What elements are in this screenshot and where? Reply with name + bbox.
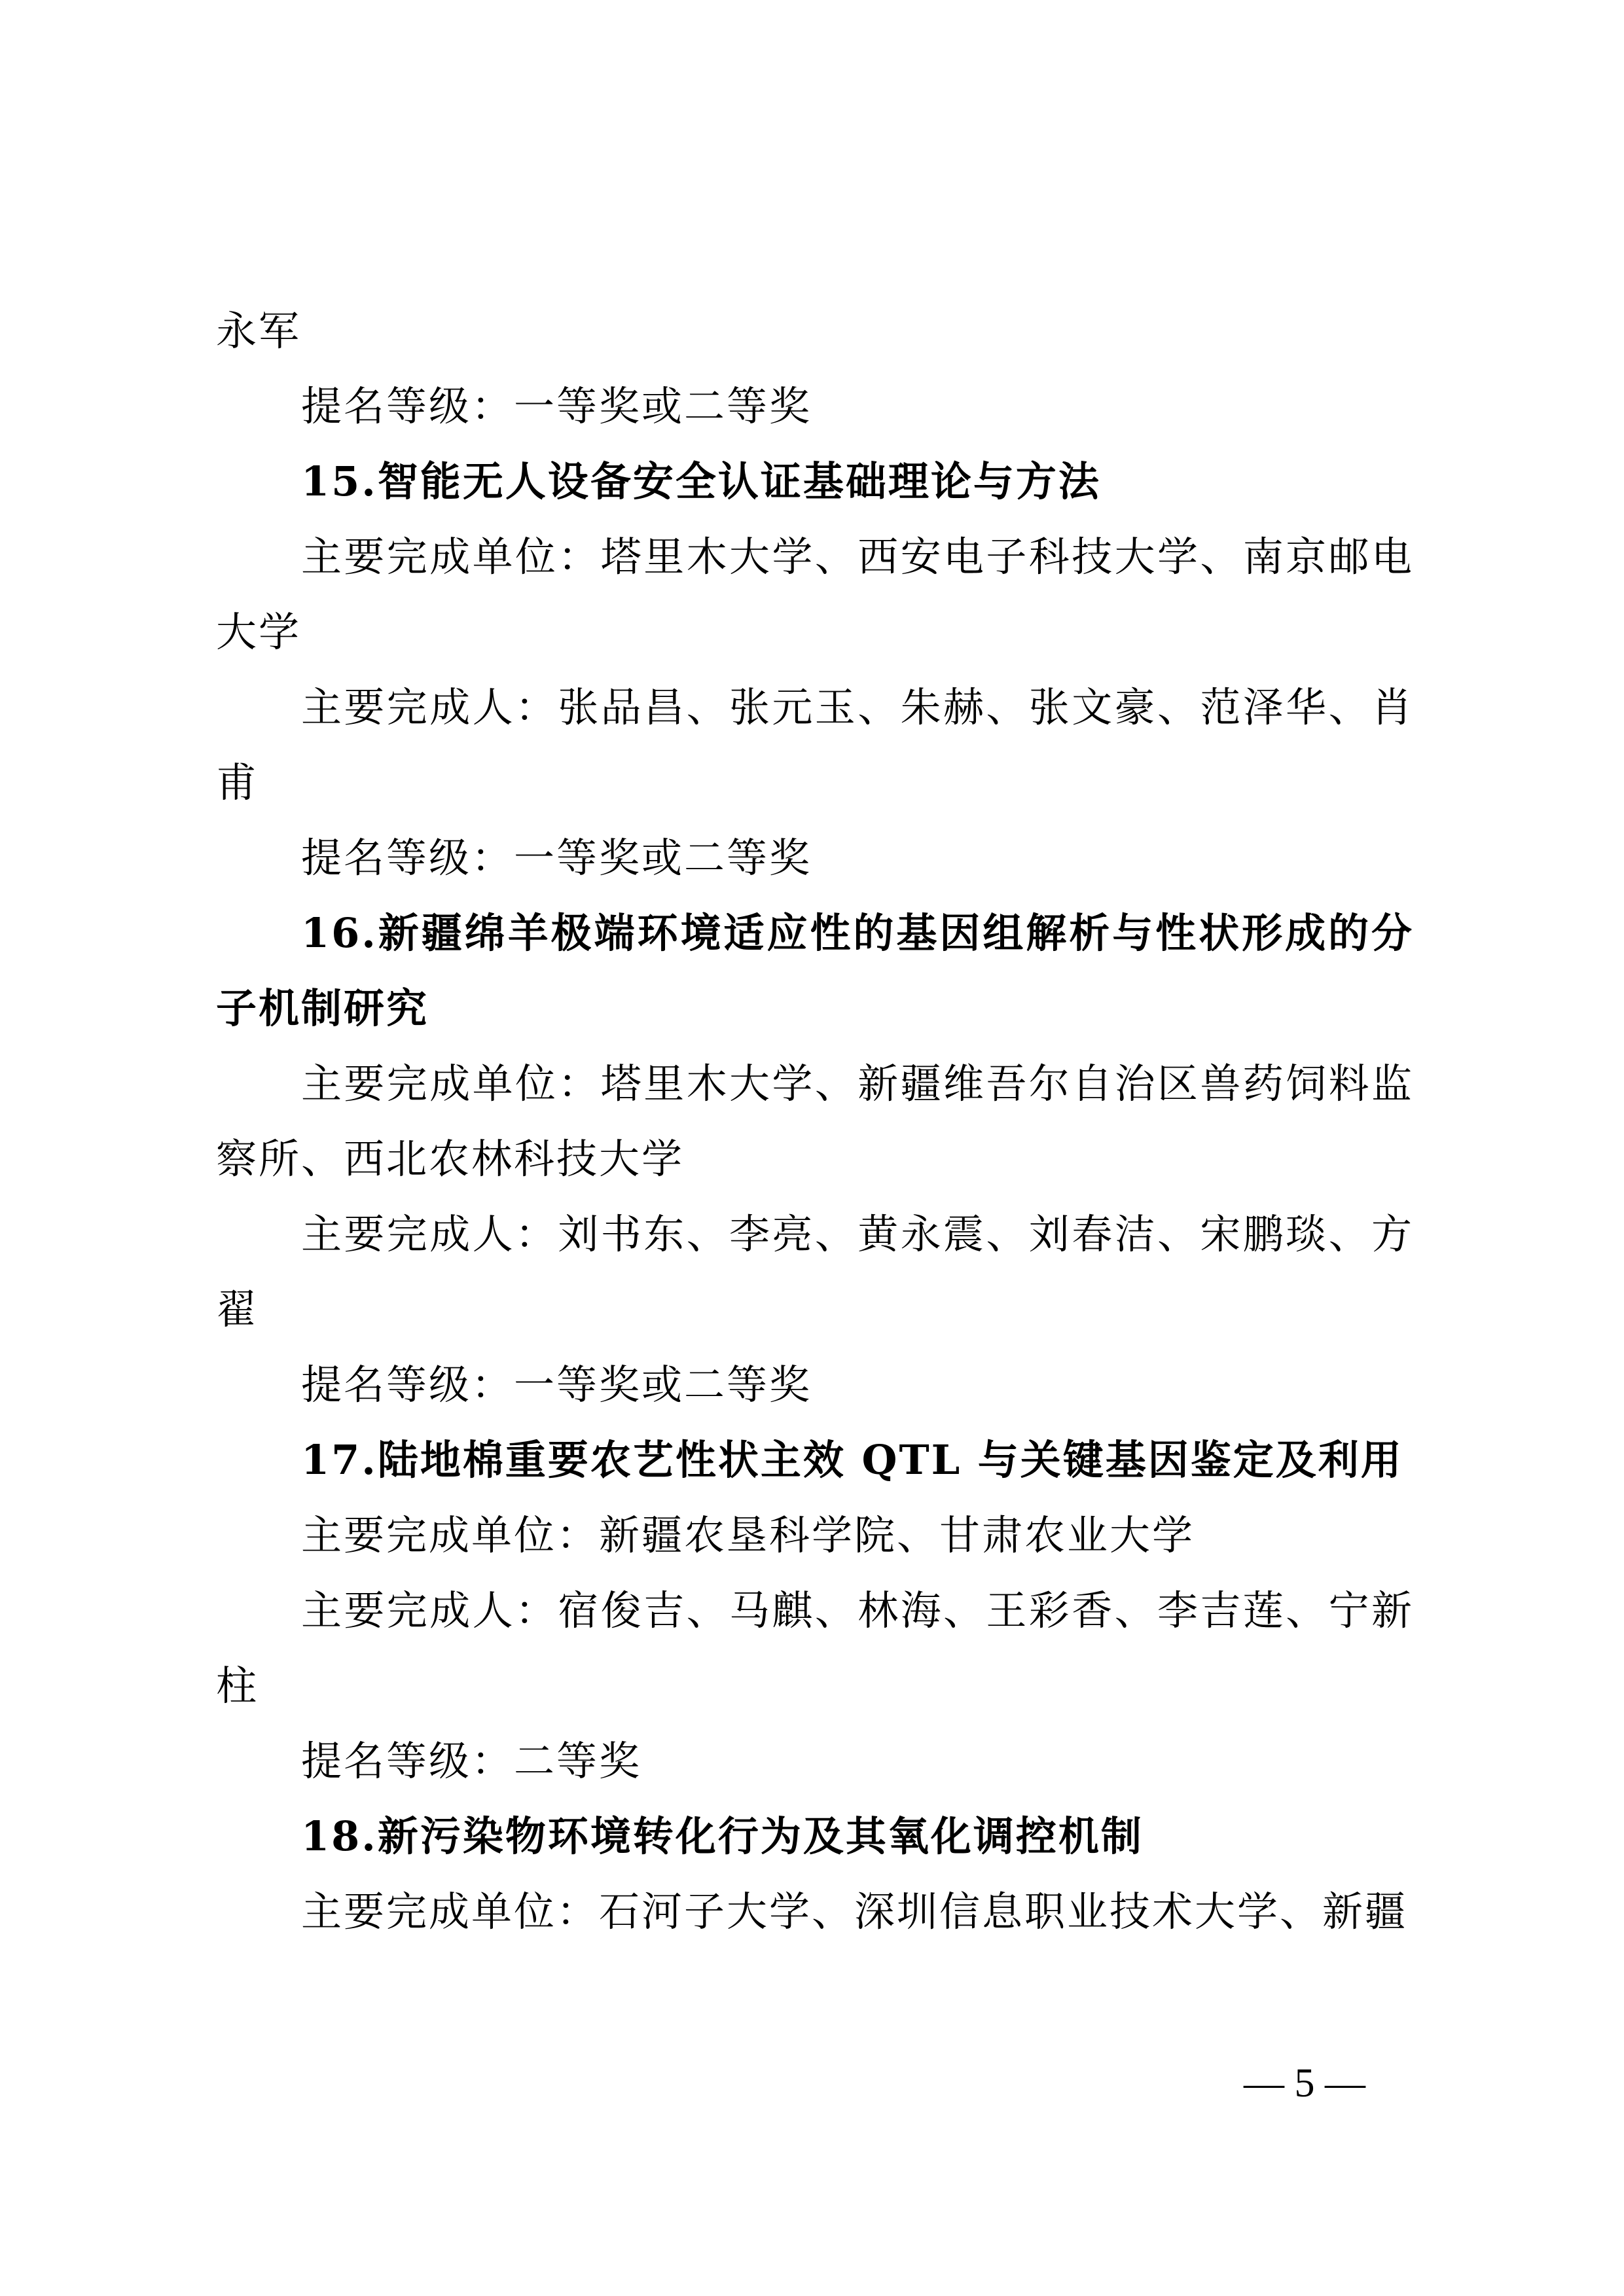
nomination-level: 提名等级：一等奖或二等奖 [216, 820, 1414, 895]
nomination-level: 提名等级：一等奖或二等奖 [216, 1347, 1414, 1422]
project-title: 18.新污染物环境转化行为及其氧化调控机制 [216, 1799, 1414, 1874]
completing-people: 主要完成人：张品昌、张元玉、朱赫、张文豪、范泽华、肖甫 [216, 670, 1414, 820]
project-title: 16.新疆绵羊极端环境适应性的基因组解析与性状形成的分子机制研究 [216, 895, 1414, 1046]
completing-units: 主要完成单位：新疆农垦科学院、甘肃农业大学 [216, 1498, 1414, 1573]
completing-people: 主要完成人：刘书东、李亮、黄永震、刘春洁、宋鹏琰、方翟 [216, 1196, 1414, 1347]
completing-units: 主要完成单位：塔里木大学、新疆维吾尔自治区兽药饲料监察所、西北农林科技大学 [216, 1046, 1414, 1196]
completing-units: 主要完成单位：石河子大学、深圳信息职业技术大学、新疆 [216, 1874, 1414, 1949]
project-title: 17.陆地棉重要农艺性状主效 QTL 与关键基因鉴定及利用 [216, 1422, 1414, 1498]
nomination-level: 提名等级：二等奖 [216, 1723, 1414, 1799]
completing-units: 主要完成单位：塔里木大学、西安电子科技大学、南京邮电大学 [216, 519, 1414, 670]
page-number: — 5 — [1244, 2060, 1365, 2107]
document-body: 永军 提名等级：一等奖或二等奖 15.智能无人设备安全认证基础理论与方法 主要完… [216, 293, 1414, 1949]
completing-people: 主要完成人：宿俊吉、马麒、林海、王彩香、李吉莲、宁新柱 [216, 1573, 1414, 1723]
continuation-text: 永军 [216, 293, 1414, 368]
nomination-level: 提名等级：一等奖或二等奖 [216, 368, 1414, 444]
project-title: 15.智能无人设备安全认证基础理论与方法 [216, 444, 1414, 519]
